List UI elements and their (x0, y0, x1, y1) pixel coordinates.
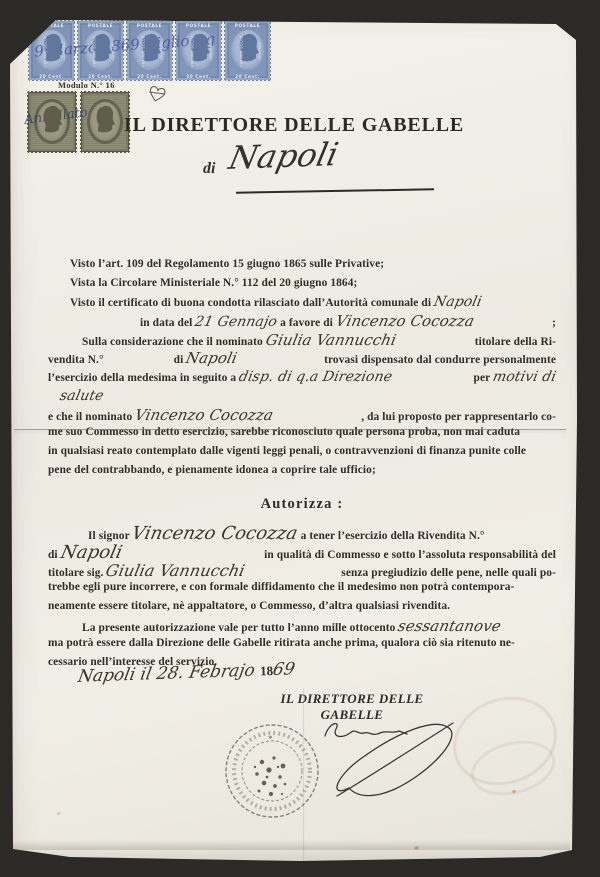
printed-text: e che il nominato (48, 411, 135, 423)
printed-text: in data del (140, 317, 195, 329)
printed-text: Visto il certificato di buona condotta r… (70, 297, 434, 309)
bottom-edge-shadow (10, 840, 570, 850)
handwritten-entry: disp. di q.a Direzione (238, 370, 394, 384)
body-line: Visto l’art. 109 del Regolamento 15 giug… (48, 258, 556, 277)
printed-text: titolare sig. (48, 567, 106, 579)
handwritten-entry: Giulia Vannucchi (105, 563, 247, 579)
document-paper: POSTALE FRANCO BOLLO ITALIANO 20 Cent. P… (0, 0, 600, 877)
stamp-top-label: POSTALE (88, 21, 113, 29)
page-title: IL DIRETTORE DELLE GABELLE (110, 114, 478, 137)
body-line: vendita N.°di Napolitrovasi dispensato d… (48, 351, 556, 370)
stamp-top-label: POSTALE (39, 21, 64, 29)
stamp-top-label: POSTALE (235, 21, 260, 29)
stamp-left-label: FRANCO BOLLO (44, 35, 48, 66)
stamp-left-label: FRANCO BOLLO (191, 35, 195, 66)
handwritten-entry: Napoli (433, 295, 484, 309)
printed-text: me suo Commesso in detto esercizio, sare… (48, 426, 520, 438)
stamp-right-label: ITALIANO (160, 41, 164, 60)
body-line: di Napoliin qualità di Commesso e sotto … (48, 544, 556, 563)
body-line: trebbe egli pure incorrere, e con formal… (48, 581, 556, 600)
body-lines-b: Il signor Vincenzo Cocozza a tener l’ese… (48, 525, 556, 675)
printed-text: pene del contrabbando, e pienamente idon… (48, 464, 376, 476)
body-line: salute (48, 389, 556, 408)
printed-text: Visto l’art. 109 del Regolamento 15 giug… (70, 258, 384, 270)
printed-text: vendita N.° (48, 354, 104, 366)
body-line: pene del contrabbando, e pienamente idon… (48, 464, 556, 483)
printed-text: per (474, 372, 494, 384)
printed-text: Il signor (88, 530, 132, 542)
handwritten-entry: Vincenzo Cocozza (131, 525, 300, 543)
stamp-value-label: 20 Cent. (88, 72, 113, 80)
stamp-right-label: ITALIANO (62, 41, 66, 60)
title-preposition: di (203, 160, 215, 178)
body-line: e che il nominato Vincenzo Cocozza, da l… (48, 408, 556, 427)
printed-text: , da lui proposto per rappresentarlo co- (361, 411, 556, 423)
printed-text: senza pregiudizio delle pene, nelle qual… (341, 567, 556, 579)
king-profile-icon (90, 103, 118, 139)
body-line: Sulla considerazione che il nominato Giu… (48, 333, 556, 352)
printed-text: l’esercizio della medesima in seguito a (48, 372, 239, 384)
stamp-left-label: FRANCO BOLLO (93, 35, 97, 66)
handwritten-entry: salute (59, 389, 106, 403)
stamp-right-label: ITALIANO (209, 41, 213, 60)
printed-text: titolare della Ri- (475, 336, 556, 348)
stamp-value-label: 20 Cent. (186, 72, 211, 80)
svg-text:*: * (268, 734, 273, 744)
printed-text: trebbe egli pure incorrere, e con formal… (48, 581, 514, 593)
postage-stamp-row: POSTALE FRANCO BOLLO ITALIANO 20 Cent. P… (28, 20, 271, 81)
foxing-spot (414, 846, 419, 850)
body-line: in data del 21 Gennajo a favore di Vince… (48, 314, 556, 333)
body-text: Visto l’art. 109 del Regolamento 15 giug… (48, 258, 556, 675)
authorize-heading: Autorizza : (48, 496, 556, 515)
handwritten-entry: Giulia Vannucchi (264, 333, 397, 348)
printed-text: Vista la Circolare Ministeriale N.° 112 … (70, 277, 357, 289)
stamp-left-label: FRANCO BOLLO (142, 35, 146, 66)
printed-text: trovasi dispensato dal condurre personal… (324, 354, 556, 366)
printed-text: Sulla considerazione che il nominato (82, 336, 266, 348)
modulo-label: Modulo N.° 16 (58, 80, 115, 90)
stamp-right-label: ITALIANO (111, 41, 115, 60)
printed-text: a favore di (277, 317, 336, 329)
printed-text: a tener l’esercizio della Rivendita N.° (298, 530, 485, 542)
dateline-place: Napoli il 28. Febrajo (77, 662, 262, 685)
printed-text: ; (552, 317, 556, 329)
body-line: ma potrà essere dalla Direzione delle Ga… (48, 637, 556, 656)
printed-text: in qualità di Commesso e sotto l’assolut… (264, 549, 556, 561)
heart-doodle (146, 85, 168, 103)
stamp-top-label: POSTALE (186, 21, 211, 29)
body-lines-a: Visto l’art. 109 del Regolamento 15 giug… (48, 258, 556, 482)
stamp-top-label: POSTALE (137, 21, 162, 29)
body-line: Vista la Circolare Ministeriale N.° 112 … (48, 277, 556, 296)
body-line: neamente essere titolare, nè appaltatore… (48, 600, 556, 619)
scanned-document-page: { "colors": { "background": "#2b2a27", "… (0, 0, 600, 877)
fold-crease-vertical (303, 688, 305, 860)
body-line: l’esercizio della medesima in seguito a … (48, 370, 556, 389)
foxing-spot (512, 790, 516, 793)
fold-crease-horizontal (14, 429, 566, 430)
body-line: Visto il certificato di buona condotta r… (48, 295, 556, 314)
stamp-right-label: ITALIANO (258, 41, 262, 60)
dateline-year-hand: 69 (272, 661, 297, 679)
stamp-value-label: 20 Cent. (235, 72, 260, 80)
king-profile-icon (37, 103, 65, 139)
printed-text: in qualsiasi reato contemplato dalle vig… (48, 445, 526, 457)
postage-stamp-icon: POSTALE FRANCO BOLLO ITALIANO 20 Cent. (175, 20, 222, 81)
stamp-value-label: 20 Cent. (39, 72, 64, 80)
handwritten-entry: Vincenzo Cocozza (134, 408, 275, 423)
city-underline (236, 188, 434, 193)
body-line: in qualsiasi reato contemplato dalle vig… (48, 445, 556, 464)
printed-text: La presente autorizzazione vale per tutt… (82, 622, 398, 634)
director-signature-flourish (305, 708, 465, 803)
body-line: titolare sig. Giulia Vannucchisenza preg… (48, 563, 556, 582)
handwritten-entry: Napoli (185, 351, 239, 366)
revenue-stamp-row (27, 91, 130, 153)
title-city-handwritten: Napoli (226, 138, 341, 174)
handwritten-entry: 21 Gennajo (194, 315, 279, 329)
foxing-spot (57, 812, 60, 815)
handwritten-entry: motivi di (492, 370, 558, 384)
printed-text: neamente essere titolare, nè appaltatore… (48, 600, 450, 612)
body-line: La presente autorizzazione vale per tutt… (48, 619, 556, 638)
printed-text: ma potrà essere dalla Direzione delle Ga… (48, 637, 515, 649)
handwritten-entry: Vincenzo Cocozza (334, 314, 475, 329)
stamp-left-label: FRANCO BOLLO (240, 35, 244, 66)
handwritten-entry: Napoli (59, 544, 124, 562)
handwritten-entry: sessantanove (397, 619, 503, 634)
stamp-value-label: 20 Cent. (137, 72, 162, 80)
